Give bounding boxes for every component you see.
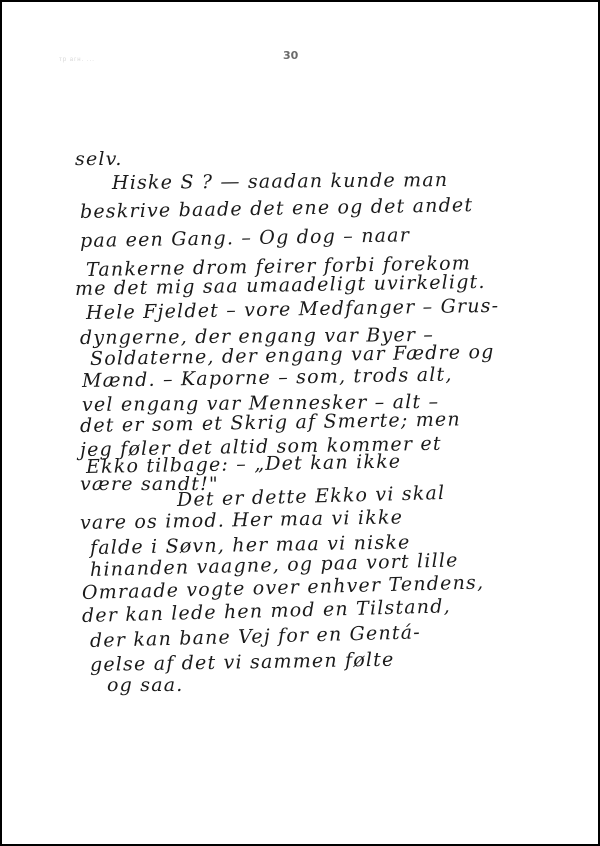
text-line: der kan bane Vej for en Gentá- (90, 621, 421, 652)
document-page: тр агн. ... 30 selv. Hiske S ? — saadan … (2, 2, 598, 844)
text-line: beskrive baade det ene og det andet (80, 194, 474, 223)
text-line: Hele Fjeldet – vore Medfanger – Grus- (86, 295, 500, 324)
handwritten-text: selv. Hiske S ? — saadan kunde man beskr… (2, 2, 598, 844)
text-line: paa een Gang. – Og dog – naar (80, 224, 410, 252)
text-line: vare os imod. Her maa vi ikke (80, 506, 403, 534)
text-line: og saa. (107, 674, 184, 696)
text-line: Hiske S ? — saadan kunde man (112, 169, 448, 194)
text-line: gelse af det vi sammen følte (90, 649, 395, 676)
text-line: selv. (75, 148, 123, 170)
